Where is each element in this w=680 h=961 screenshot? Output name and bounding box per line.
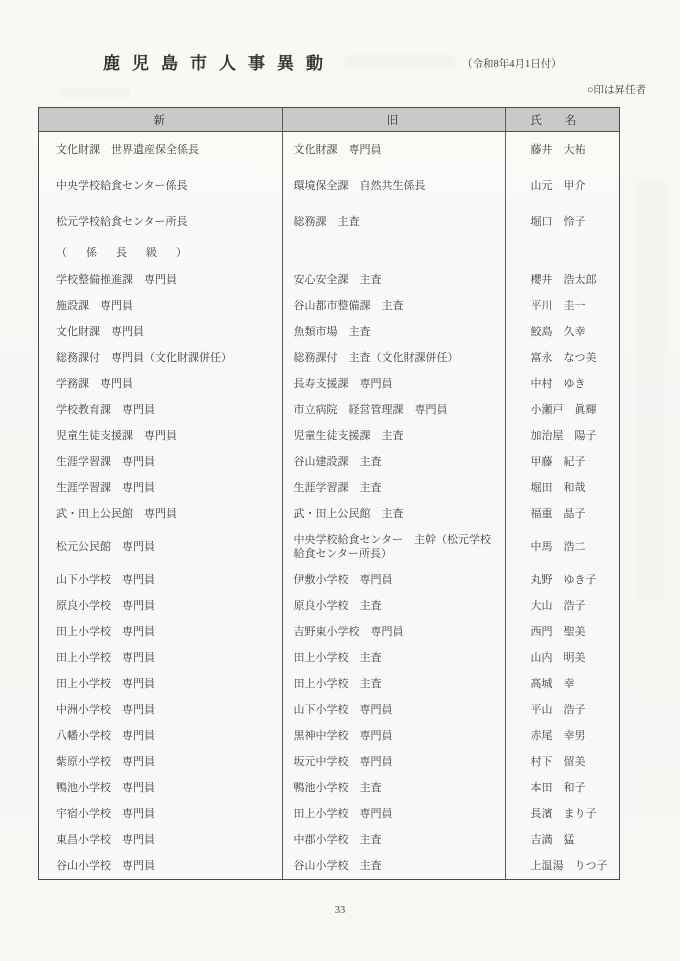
cell-name: 西門 聖美 xyxy=(506,619,619,645)
cell-new: 文化財課 専門員 xyxy=(39,319,283,345)
cell-old xyxy=(283,240,506,267)
document-title: 鹿児島市人事異動 xyxy=(103,49,335,74)
cell-name: 大山 浩子 xyxy=(506,593,619,619)
cell-old: 魚類市場 主査 xyxy=(283,319,506,345)
cell-name: 櫻井 浩太郎 xyxy=(506,267,619,293)
cell-name: 鮫島 久幸 xyxy=(506,319,619,345)
cell-new: 児童生徒支援課 専門員 xyxy=(39,423,283,449)
cell-old: 文化財課 専門員 xyxy=(283,132,506,168)
cell-new: 施設課 専門員 xyxy=(39,293,283,319)
cell-name: 赤尾 幸男 xyxy=(506,723,619,749)
cell-name: 長濱 まり子 xyxy=(506,801,619,827)
cell-name: 富永 なつ美 xyxy=(506,345,619,371)
cell-new: 文化財課 世界遺産保全係長 xyxy=(39,132,283,168)
cell-new: 中央学校給食センター係長 xyxy=(39,168,283,204)
table-row: 文化財課 専門員魚類市場 主査鮫島 久幸 xyxy=(39,319,619,345)
table-row: 生涯学習課 専門員谷山建設課 主査甲藤 紀子 xyxy=(39,449,619,475)
cell-old: 谷山建設課 主査 xyxy=(283,449,506,475)
cell-name xyxy=(506,240,619,267)
table-body: 文化財課 世界遺産保全係長文化財課 専門員藤井 大祐中央学校給食センター係長環境… xyxy=(39,132,619,879)
cell-old: 総務課 主査 xyxy=(283,204,506,240)
cell-old: 安心安全課 主査 xyxy=(283,267,506,293)
cell-new: 学校教育課 専門員 xyxy=(39,397,283,423)
cell-old: 長寿支援課 専門員 xyxy=(283,371,506,397)
cell-name: 平山 浩子 xyxy=(506,697,619,723)
cell-name: 堀田 和哉 xyxy=(506,475,619,501)
bleed-through-artifact xyxy=(636,180,666,600)
cell-new: 学務課 専門員 xyxy=(39,371,283,397)
cell-old: 田上小学校 主査 xyxy=(283,671,506,697)
cell-new: 谷山小学校 専門員 xyxy=(39,853,283,879)
table-row: 原良小学校 専門員原良小学校 主査大山 浩子 xyxy=(39,593,619,619)
cell-old: 山下小学校 専門員 xyxy=(283,697,506,723)
cell-old: 田上小学校 主査 xyxy=(283,645,506,671)
cell-old: 市立病院 経営管理課 専門員 xyxy=(283,397,506,423)
table-row: 宇宿小学校 専門員田上小学校 専門員長濱 まり子 xyxy=(39,801,619,827)
cell-name: 甲藤 紀子 xyxy=(506,449,619,475)
cell-name: 福重 晶子 xyxy=(506,501,619,527)
table-row: 総務課付 専門員（文化財課併任）総務課付 主査（文化財課併任）富永 なつ美 xyxy=(39,345,619,371)
cell-new: 生涯学習課 専門員 xyxy=(39,475,283,501)
cell-old: 武・田上公民館 主査 xyxy=(283,501,506,527)
cell-new: 松元公民館 専門員 xyxy=(39,527,283,567)
table-row: 中洲小学校 専門員山下小学校 専門員平山 浩子 xyxy=(39,697,619,723)
cell-new: 武・田上公民館 専門員 xyxy=(39,501,283,527)
cell-old: 谷山都市整備課 主査 xyxy=(283,293,506,319)
cell-name: 吉満 猛 xyxy=(506,827,619,853)
cell-new: 山下小学校 専門員 xyxy=(39,567,283,593)
cell-new: 田上小学校 専門員 xyxy=(39,645,283,671)
cell-new: 生涯学習課 専門員 xyxy=(39,449,283,475)
document-page: 鹿児島市人事異動 （令和8年4月1日付） ○印は昇任者 新 旧 氏 名 文化財課… xyxy=(0,0,680,961)
cell-old: 坂元中学校 専門員 xyxy=(283,749,506,775)
table-row: 田上小学校 専門員田上小学校 主査髙城 幸 xyxy=(39,671,619,697)
cell-old: 黒神中学校 専門員 xyxy=(283,723,506,749)
cell-name: 髙城 幸 xyxy=(506,671,619,697)
table-row: 鴨池小学校 専門員鴨池小学校 主査本田 和子 xyxy=(39,775,619,801)
header-new: 新 xyxy=(39,108,283,131)
cell-new: 総務課付 専門員（文化財課併任） xyxy=(39,345,283,371)
bleed-through-artifact xyxy=(345,55,455,69)
page-number: 33 xyxy=(0,905,680,916)
promotion-legend: ○印は昇任者 xyxy=(587,82,646,97)
cell-name: 山内 明美 xyxy=(506,645,619,671)
table-row: 谷山小学校 専門員谷山小学校 主査上温湯 りつ子 xyxy=(39,853,619,879)
cell-new: 八幡小学校 専門員 xyxy=(39,723,283,749)
effective-date-note: （令和8年4月1日付） xyxy=(462,56,562,71)
cell-name: 中馬 浩二 xyxy=(506,527,619,567)
cell-old: 中郡小学校 主査 xyxy=(283,827,506,853)
cell-name: 丸野 ゆき子 xyxy=(506,567,619,593)
table-row: 松元公民館 専門員中央学校給食センター 主幹（松元学校給食センター所長）中馬 浩… xyxy=(39,527,619,567)
cell-old: 伊敷小学校 専門員 xyxy=(283,567,506,593)
cell-old: 田上小学校 専門員 xyxy=(283,801,506,827)
header-old: 旧 xyxy=(283,108,506,131)
cell-new: 松元学校給食センター所長 xyxy=(39,204,283,240)
cell-old: 吉野東小学校 専門員 xyxy=(283,619,506,645)
cell-new: 東昌小学校 専門員 xyxy=(39,827,283,853)
personnel-table: 新 旧 氏 名 文化財課 世界遺産保全係長文化財課 専門員藤井 大祐中央学校給食… xyxy=(38,107,620,880)
table-row: 田上小学校 専門員吉野東小学校 専門員西門 聖美 xyxy=(39,619,619,645)
table-row: 紫原小学校 専門員坂元中学校 専門員村下 留美 xyxy=(39,749,619,775)
table-row: 学務課 専門員長寿支援課 専門員中村 ゆき xyxy=(39,371,619,397)
cell-name: 上温湯 りつ子 xyxy=(506,853,619,879)
cell-new: 鴨池小学校 専門員 xyxy=(39,775,283,801)
cell-new: 原良小学校 専門員 xyxy=(39,593,283,619)
cell-new: 田上小学校 専門員 xyxy=(39,619,283,645)
table-row: 文化財課 世界遺産保全係長文化財課 専門員藤井 大祐 xyxy=(39,132,619,168)
cell-name: 村下 留美 xyxy=(506,749,619,775)
cell-old: 原良小学校 主査 xyxy=(283,593,506,619)
cell-old: 環境保全課 自然共生係長 xyxy=(283,168,506,204)
table-row: 山下小学校 専門員伊敷小学校 専門員丸野 ゆき子 xyxy=(39,567,619,593)
table-header-row: 新 旧 氏 名 xyxy=(39,108,619,132)
cell-old: 谷山小学校 主査 xyxy=(283,853,506,879)
cell-old: 児童生徒支援課 主査 xyxy=(283,423,506,449)
table-row: 児童生徒支援課 専門員児童生徒支援課 主査加治屋 陽子 xyxy=(39,423,619,449)
section-header-row: （ 係 長 級 ） xyxy=(39,240,619,267)
cell-new: 学校整備推進課 専門員 xyxy=(39,267,283,293)
table-row: 中央学校給食センター係長環境保全課 自然共生係長山元 甲介 xyxy=(39,168,619,204)
cell-new: 中洲小学校 専門員 xyxy=(39,697,283,723)
table-row: 学校教育課 専門員市立病院 経営管理課 専門員小瀬戸 眞輝 xyxy=(39,397,619,423)
cell-name: 本田 和子 xyxy=(506,775,619,801)
table-row: 八幡小学校 専門員黒神中学校 専門員赤尾 幸男 xyxy=(39,723,619,749)
cell-new: 田上小学校 専門員 xyxy=(39,671,283,697)
cell-name: 堀口 怜子 xyxy=(506,204,619,240)
cell-new: 紫原小学校 専門員 xyxy=(39,749,283,775)
table-row: 武・田上公民館 専門員武・田上公民館 主査福重 晶子 xyxy=(39,501,619,527)
cell-name: 山元 甲介 xyxy=(506,168,619,204)
cell-name: 小瀬戸 眞輝 xyxy=(506,397,619,423)
cell-old: 総務課付 主査（文化財課併任） xyxy=(283,345,506,371)
cell-new: 宇宿小学校 専門員 xyxy=(39,801,283,827)
cell-name: 加治屋 陽子 xyxy=(506,423,619,449)
cell-name: 中村 ゆき xyxy=(506,371,619,397)
table-row: 松元学校給食センター所長総務課 主査堀口 怜子 xyxy=(39,204,619,240)
header-name: 氏 名 xyxy=(506,108,619,131)
cell-old: 中央学校給食センター 主幹（松元学校給食センター所長） xyxy=(283,527,506,567)
table-row: 東昌小学校 専門員中郡小学校 主査吉満 猛 xyxy=(39,827,619,853)
bleed-through-artifact xyxy=(60,88,130,97)
cell-old: 鴨池小学校 主査 xyxy=(283,775,506,801)
cell-new: （ 係 長 級 ） xyxy=(39,240,283,267)
cell-name: 藤井 大祐 xyxy=(506,132,619,168)
cell-old: 生涯学習課 主査 xyxy=(283,475,506,501)
cell-name: 平川 圭一 xyxy=(506,293,619,319)
table-row: 学校整備推進課 専門員安心安全課 主査櫻井 浩太郎 xyxy=(39,267,619,293)
table-row: 田上小学校 専門員田上小学校 主査山内 明美 xyxy=(39,645,619,671)
table-row: 生涯学習課 専門員生涯学習課 主査堀田 和哉 xyxy=(39,475,619,501)
table-row: 施設課 専門員谷山都市整備課 主査平川 圭一 xyxy=(39,293,619,319)
